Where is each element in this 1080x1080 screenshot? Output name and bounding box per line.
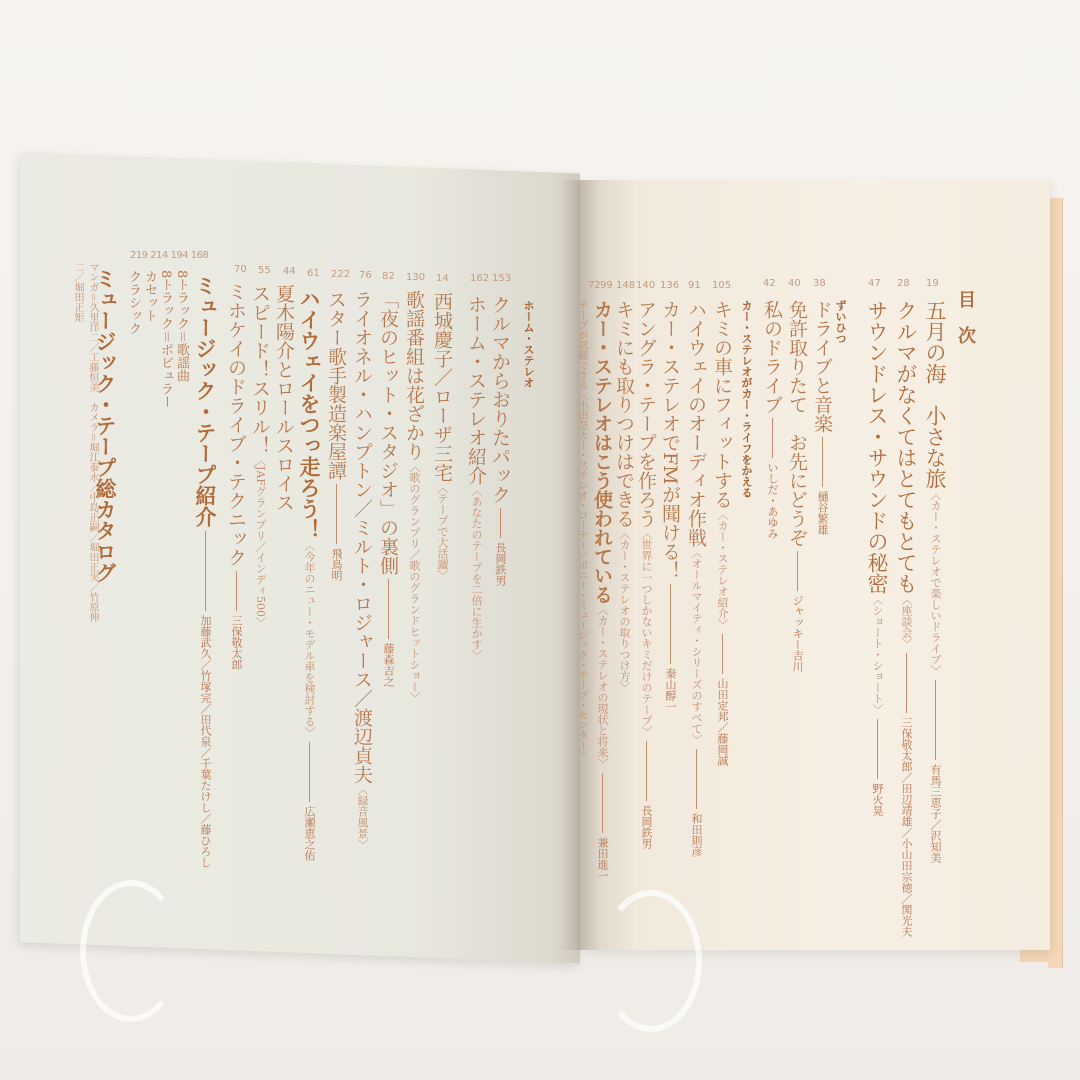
leader-rule: [822, 437, 823, 487]
leader-rule: [877, 719, 878, 779]
page-number: 222: [331, 269, 350, 280]
entry-author: 長岡鉄男: [640, 805, 653, 849]
page-number: 162: [470, 273, 489, 284]
leader-rule: [935, 680, 936, 760]
toc-entry: アングラ・テープを作ろう〈世界に一つしかないキミだけのテープ〉長岡鉄男: [634, 300, 658, 849]
entry-title: 西城慶子／ローザ三宅: [431, 292, 453, 482]
heading-char-2: 次: [955, 326, 976, 362]
entry-author: 飛鳥明: [330, 548, 343, 581]
entry-title: ドライブと音楽: [811, 300, 833, 433]
page-number: 55: [258, 265, 271, 276]
toc-entry: ホーム・ステレオ紹介〈あなたのテープを二倍に生かす〉: [464, 295, 488, 661]
toc-entry: ミホケイのドライブ・テクニック三保敬太郎: [224, 282, 248, 670]
entry-subtitle: 〈カー・ステレオの現状と将来〉: [596, 604, 609, 769]
toc-entry: 五月の海 小さな旅〈カー・ステレオで楽しいドライブ〉有馬三恵子／沢知美: [922, 300, 948, 863]
entry-title: クルマがなくてはとてもとても: [894, 300, 918, 594]
toc-entry: サウンドレス・サウンドの秘密〈ショート・ショート〉野火晃: [864, 300, 890, 816]
page-number: 47: [868, 278, 881, 289]
entry-author: 樋谷繁雄: [816, 491, 829, 535]
entry-title: クルマからおりたパック: [489, 295, 511, 504]
page-number: 72: [588, 280, 601, 291]
toc-entry: ハイウェイをつっ走ろう！〈今年のニュー・モデル車を検討する〉広瀬恵之佑: [296, 288, 322, 861]
page-number: 38: [813, 278, 826, 289]
page-number: 44: [283, 266, 296, 277]
page-number: 148: [616, 280, 635, 291]
toc-heading: 目次: [952, 290, 978, 362]
leader-rule: [309, 742, 310, 802]
entry-title: ライオネル・ハンプトン／ミルト・ロジャース／渡辺貞夫: [351, 290, 373, 784]
entry-author: 三保敬太郎／田辺靖雄／小山田宗徳／関光夫: [900, 717, 913, 937]
leader-rule: [670, 584, 671, 664]
entry-author: 山田定邦／藤岡誠: [716, 678, 729, 766]
entry-author: 兼田進一: [596, 837, 609, 881]
page-number: 130: [406, 272, 425, 283]
entry-title: ハイウェイをつっ走ろう！: [297, 288, 322, 540]
entry-subtitle: 〈カー・ステレオの取りつけ方〉: [618, 528, 631, 693]
leader-rule: [205, 531, 206, 611]
entry-title: カー・ステレオでFMが聞ける！: [659, 300, 681, 580]
entry-subtitle: 〈カー・ステレオ紹介〉: [716, 509, 729, 630]
toc-entry: 夏木陽介とロールスロイス: [272, 284, 296, 512]
entry-title: スター歌手製造楽屋譚: [325, 290, 347, 480]
entry-title: スピード！スリル！: [249, 284, 271, 455]
entry-author: 野火晃: [871, 783, 884, 816]
page-number: 61: [307, 268, 320, 279]
entry-subtitle: 〈JAFグランプリ／インディ500〉: [254, 455, 267, 628]
entry-author: 和田則彦: [690, 813, 703, 857]
essay-entry: 私のドライブいしだ・あゆみ: [760, 300, 784, 539]
page-number: 28: [897, 278, 910, 289]
entry-subtitle: 〈歌のグランプリ／歌のグランドヒットショー〉: [408, 461, 421, 703]
entry-author: 広瀬恵之佑: [303, 806, 316, 861]
toc-entry: 西城慶子／ローザ三宅〈テープで大活躍〉: [430, 292, 454, 581]
entry-title: キミの車にフィットする: [711, 300, 733, 509]
page-number: 14: [436, 273, 449, 284]
leader-rule: [336, 484, 337, 544]
leader-rule: [388, 579, 389, 639]
section-label-essay: ずいひつ: [832, 300, 848, 344]
page-edges-back: [1048, 198, 1063, 968]
entry-title: カー・ステレオはこう使われている: [591, 300, 613, 604]
toc-entry: カー・ステレオでFMが聞ける！秦山醇一: [658, 300, 682, 712]
open-book-photo: 目次 19 五月の海 小さな旅〈カー・ステレオで楽しいドライブ〉有馬三恵子／沢知…: [0, 0, 1080, 1080]
leader-rule: [722, 634, 723, 674]
leader-rule: [772, 418, 773, 458]
entry-author: 秦山醇一: [664, 668, 677, 712]
entry-title: ミホケイのドライブ・テクニック: [225, 282, 247, 567]
entry-subtitle: 〈世界に一つしかないキミだけのテープ〉: [640, 528, 653, 737]
page-number: 82: [382, 271, 395, 282]
leader-rule: [500, 508, 501, 538]
catalog-item: クラシック: [124, 270, 143, 335]
credits: マンガ＝久里洋二／工藤恒美 カメラ＝堀江泰水／中島正嗣／堀田正実／竹原伸二／堀田…: [70, 262, 100, 622]
toc-entry: キミの車にフィットする〈カー・ステレオ紹介〉山田定邦／藤岡誠: [710, 300, 734, 766]
entry-author: 三保敬太郎: [230, 615, 243, 670]
entry-subtitle: 〈テープで大活躍〉: [436, 482, 449, 581]
toc-entry: カー・ステレオはこう使われている〈カー・ステレオの現状と将来〉兼田進一: [590, 300, 614, 881]
section-label-car-stereo: カー・ステレオがカー・ライフをかえる: [738, 300, 754, 498]
leader-rule: [696, 749, 697, 809]
entry-author: ジャッキー吉川: [791, 595, 804, 672]
entry-title: ホーム・ステレオ紹介: [465, 295, 487, 485]
leader-rule: [602, 773, 603, 833]
leader-rule: [646, 741, 647, 801]
entry-title: 「夜のヒット・スタジオ」の裏側: [377, 290, 399, 575]
entry-title: キミにも取りつけはできる: [613, 300, 635, 528]
entry-subtitle: 〈今年のニュー・モデル車を検討する〉: [303, 540, 316, 738]
entry-author: いしだ・あゆみ: [766, 462, 779, 539]
entry-author: 藤森吉之: [382, 643, 395, 687]
toc-entry-listening: テープが試聴できる〈小田急カー・ステレオ・コーナー／ポニー・ミュージック・テープ…: [574, 300, 589, 760]
entry-subtitle: 〈座談会〉: [900, 594, 913, 649]
entry-subtitle: 〈録音風景〉: [356, 784, 369, 850]
book-stand-left: [80, 880, 182, 1022]
toc-entry: キミにも取りつけはできる〈カー・ステレオの取りつけ方〉: [612, 300, 636, 693]
toc-entry: クルマがなくてはとてもとても〈座談会〉三保敬太郎／田辺靖雄／小山田宗徳／関光夫: [893, 300, 919, 937]
page-number: 136: [660, 280, 679, 291]
leader-rule: [797, 551, 798, 591]
toc-entry-music-tape: ミュージック・テープ紹介加藤武久／竹塚完／田代泉／千葉たけし／藤ひろし: [192, 275, 218, 868]
leader-rule: [906, 653, 907, 713]
toc-entry: 「夜のヒット・スタジオ」の裏側藤森吉之: [376, 290, 400, 687]
toc-entry: ライオネル・ハンプトン／ミルト・ロジャース／渡辺貞夫〈録音風景〉: [350, 290, 374, 850]
entry-author: 加藤武久／竹塚完／田代泉／千葉たけし／藤ひろし: [199, 615, 212, 868]
entry-subtitle: 〈ショート・ショート〉: [871, 594, 884, 715]
entry-author: 長岡鉄男: [494, 542, 507, 586]
entry-subtitle: 〈カー・ステレオで楽しいドライブ〉: [929, 489, 942, 676]
page-number: 76: [359, 270, 372, 281]
page-number: 91: [688, 280, 701, 291]
essay-entry: 免許取りたて お先にどうぞジャッキー吉川: [785, 300, 809, 672]
entry-title: ミュージック・テープ紹介: [193, 275, 218, 527]
toc-entry: スター歌手製造楽屋譚飛鳥明: [324, 290, 348, 581]
entry-title: アングラ・テープを作ろう: [635, 300, 657, 528]
page-number: 40: [788, 278, 801, 289]
toc-entry: ハイウェイのオーディオ作戦〈オールマイティ・シリーズのすべて〉和田則彦: [684, 300, 708, 857]
heading-char-1: 目: [955, 290, 976, 326]
section-label-home-stereo: ホーム・ステレオ: [520, 300, 536, 388]
page-number: 70: [234, 264, 247, 275]
toc-entry: クルマからおりたパック長岡鉄男: [488, 295, 512, 586]
entry-subtitle: 〈オールマイティ・シリーズのすべて〉: [690, 547, 703, 745]
entry-author: 有馬三恵子／沢知美: [929, 764, 942, 863]
page-number: 153: [492, 273, 511, 284]
entry-title: サウンドレス・サウンドの秘密: [865, 300, 889, 594]
essay-entry: ドライブと音楽樋谷繁雄: [810, 300, 834, 535]
entry-title: 五月の海 小さな旅: [923, 300, 947, 489]
page-number: 105: [712, 280, 731, 291]
entry-title: 私のドライブ: [761, 300, 783, 414]
entry-title: ハイウェイのオーディオ作戦: [685, 300, 707, 547]
toc-entry: スピード！スリル！〈JAFグランプリ／インディ500〉: [248, 284, 272, 628]
page-number: 140: [636, 280, 655, 291]
catalog-page-numbers: 219 214 194 168: [130, 250, 208, 261]
page-number: 19: [926, 278, 939, 289]
toc-entry: 歌謡番組は花ざかり〈歌のグランプリ／歌のグランドヒットショー〉: [402, 290, 426, 703]
page-number: 42: [763, 278, 776, 289]
entry-subtitle: 〈あなたのテープを二倍に生かす〉: [470, 485, 483, 661]
book-stand-right: [600, 890, 702, 1032]
entry-title: 歌謡番組は花ざかり: [403, 290, 425, 461]
page-number: 99: [600, 280, 613, 291]
entry-title: 免許取りたて お先にどうぞ: [786, 300, 808, 547]
leader-rule: [236, 571, 237, 611]
